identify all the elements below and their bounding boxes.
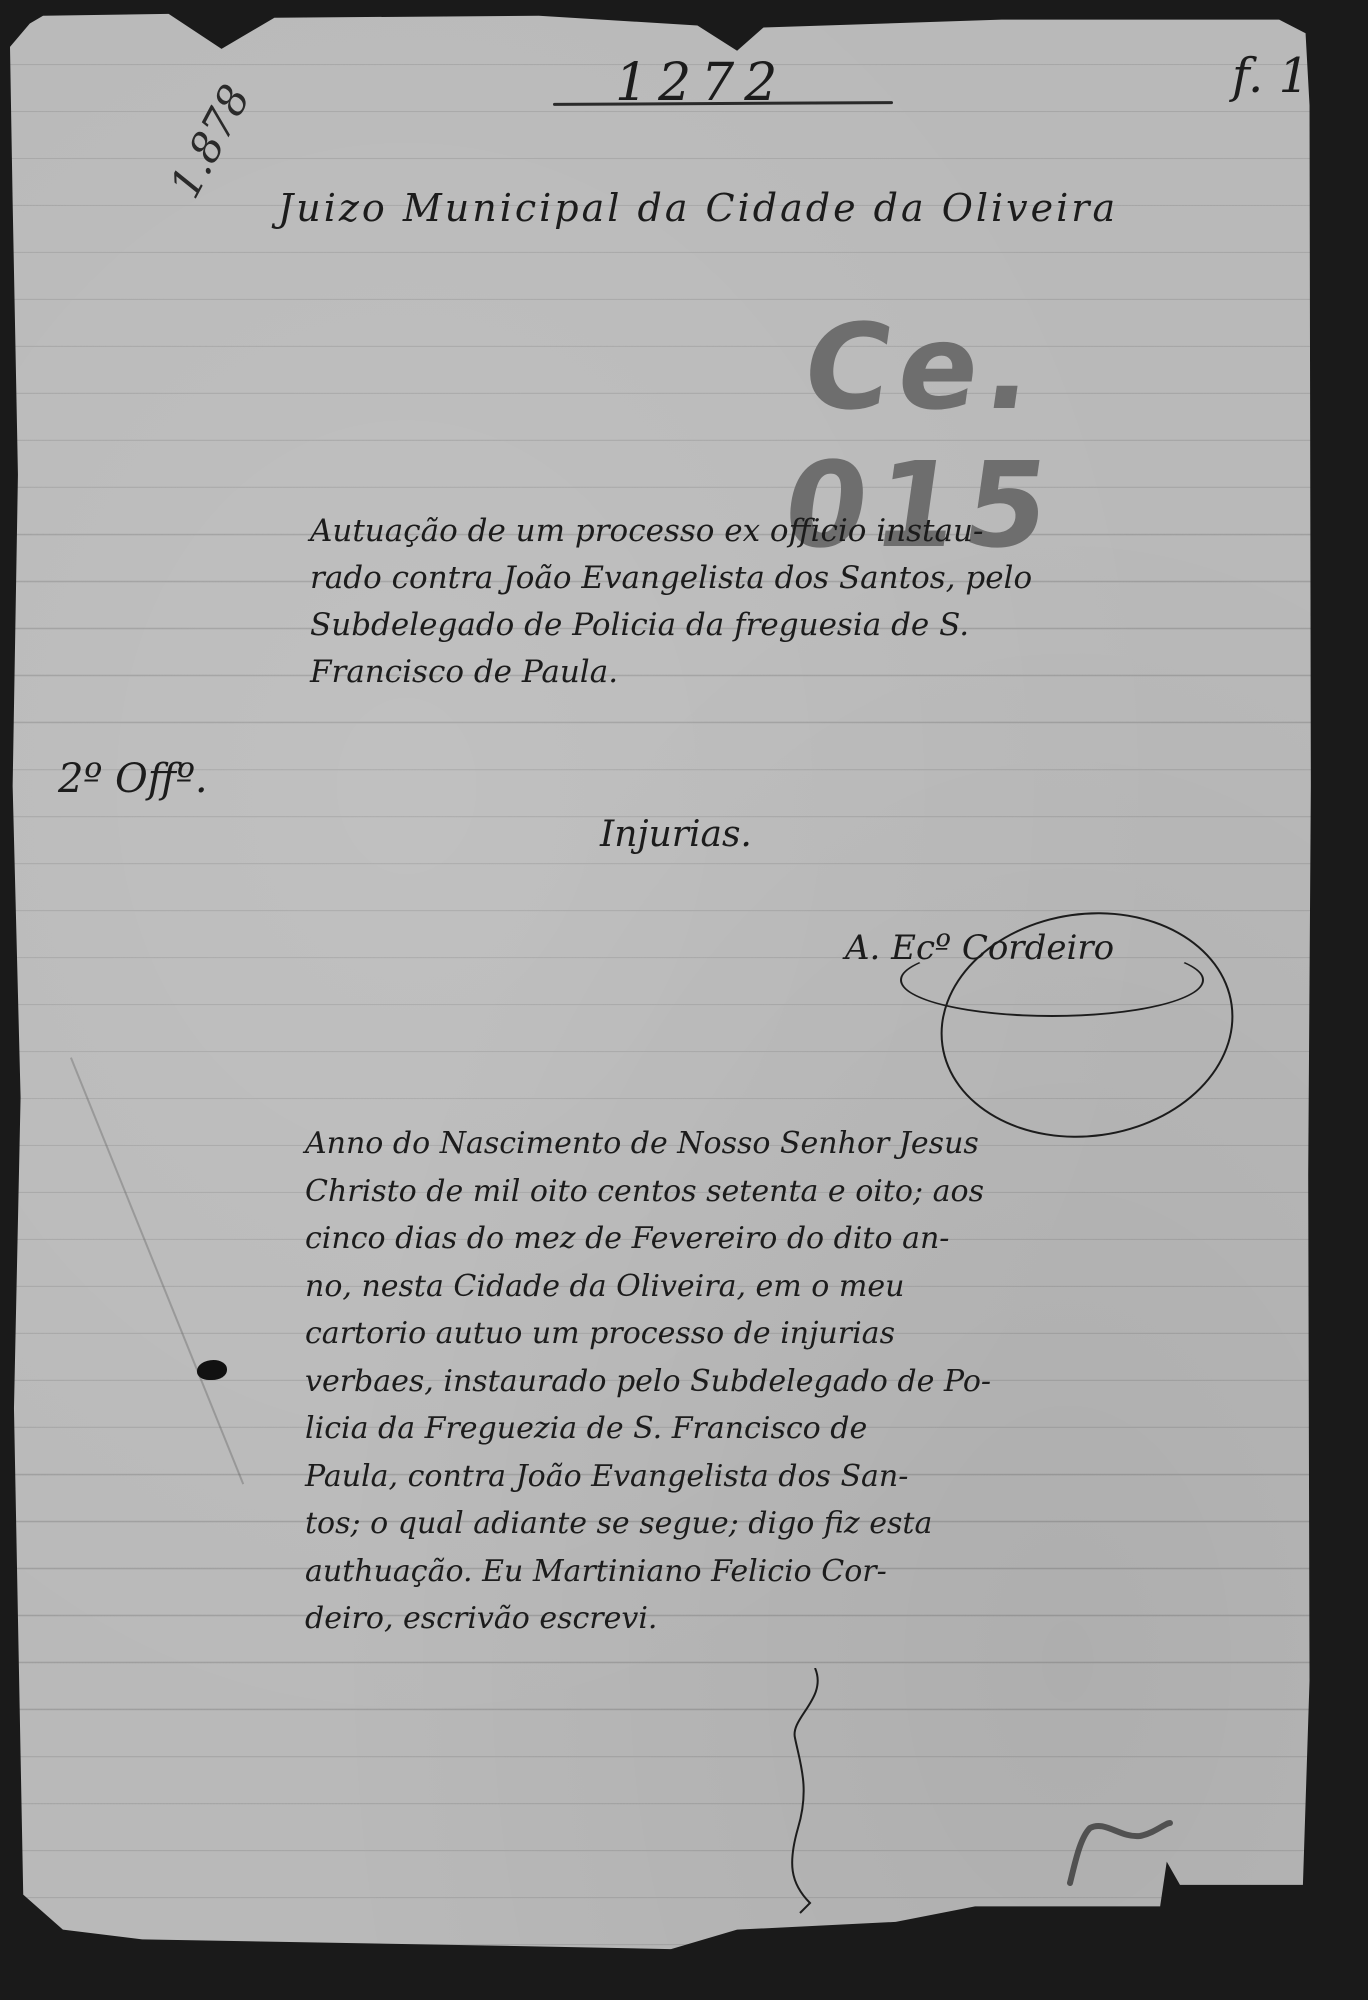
- body-line: Paula, contra João Evangelista dos San-: [305, 1453, 1325, 1501]
- ink-mark-icon: [1060, 1818, 1180, 1888]
- body-line: tos; o qual adiante se segue; digo fiz e…: [305, 1500, 1325, 1548]
- paper-fold-line: [70, 1057, 244, 1484]
- body-line: no, nesta Cidade da Oliveira, em o meu: [305, 1263, 1325, 1311]
- body-line: licia da Freguezia de S. Francisco de: [305, 1405, 1325, 1453]
- body-line: verbaes, instaurado pelo Subdelegado de …: [305, 1358, 1325, 1406]
- body-line: Anno do Nascimento de Nosso Senhor Jesus: [305, 1120, 1325, 1168]
- closing-flourish-icon: [770, 1668, 830, 1918]
- ink-blot: [197, 1360, 227, 1380]
- body-line: cinco dias do mez de Fevereiro do dito a…: [305, 1215, 1325, 1263]
- archive-number: 1.878: [160, 77, 260, 206]
- body-line: Christo de mil oito centos setenta e oit…: [305, 1168, 1325, 1216]
- case-heading: Injurias.: [600, 814, 752, 855]
- body-line: cartorio autuo um processo de injurias: [305, 1310, 1325, 1358]
- signature: A. Ecº Cordeiro: [845, 928, 1114, 968]
- folio-number: f. 1.: [1232, 48, 1324, 104]
- body-line: deiro, escrivão escrevi.: [305, 1595, 1325, 1643]
- summary-line: Francisco de Paula.: [310, 649, 1310, 696]
- court-title: Juizo Municipal da Cidade da Oliveira: [278, 186, 1118, 230]
- case-summary: Autuação de um processo ex officio insta…: [310, 508, 1310, 696]
- body-line: authuação. Eu Martiniano Felicio Cor-: [305, 1548, 1325, 1596]
- document-page: 1.878 1272 f. 1. Juizo Municipal da Cida…: [10, 8, 1332, 1953]
- summary-line: rado contra João Evangelista dos Santos,…: [310, 555, 1310, 602]
- margin-note: 2º Offº.: [58, 756, 208, 802]
- document-body: Anno do Nascimento de Nosso Senhor Jesus…: [305, 1120, 1325, 1643]
- summary-line: Subdelegado de Policia da freguesia de S…: [310, 602, 1310, 649]
- summary-line: Autuação de um processo ex officio insta…: [310, 508, 1310, 555]
